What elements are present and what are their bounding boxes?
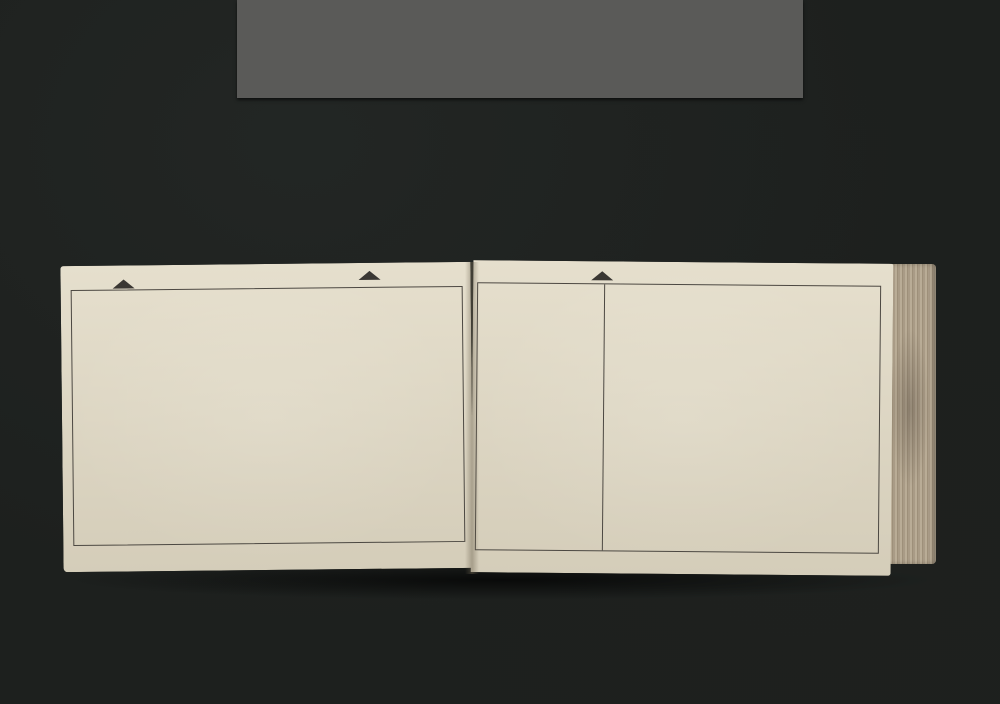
right-page-frame — [475, 282, 881, 554]
triangle-mark-icon — [591, 271, 613, 280]
right-page — [471, 260, 894, 576]
fore-edge-stain — [890, 328, 930, 488]
right-page-text — [482, 289, 874, 548]
triangle-mark-icon — [358, 271, 380, 280]
left-page-frame — [71, 286, 466, 546]
triangle-mark-icon — [113, 279, 135, 288]
open-book — [60, 258, 940, 576]
left-page-text — [78, 293, 459, 541]
color-calibration-chart — [237, 0, 803, 98]
book-gutter — [465, 262, 479, 574]
left-page — [60, 262, 473, 572]
